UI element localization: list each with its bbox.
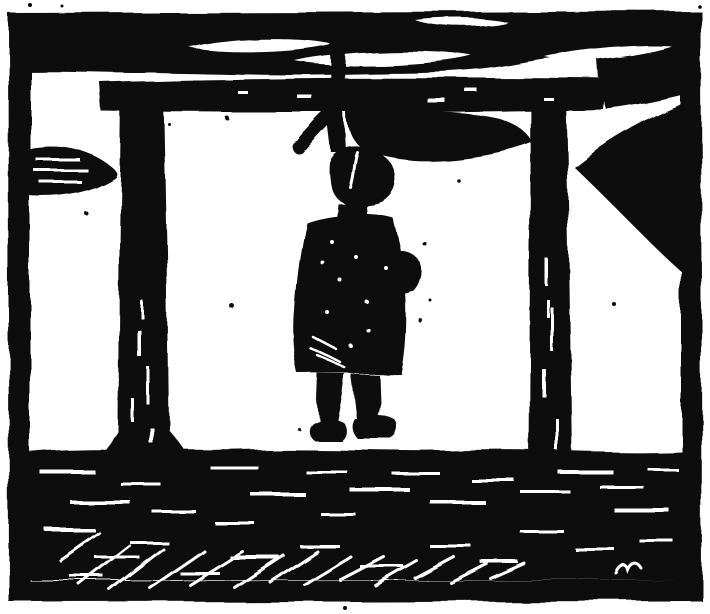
cloud-left bbox=[28, 146, 117, 196]
hanged-figure bbox=[293, 146, 420, 441]
rope-toggle-knob bbox=[292, 141, 304, 153]
gallows-post-right bbox=[529, 96, 575, 477]
ground bbox=[28, 449, 682, 590]
figure-foot-right bbox=[353, 414, 398, 439]
rope-above-beam bbox=[329, 14, 346, 81]
figure-arm bbox=[395, 251, 421, 293]
gallows-post-left bbox=[100, 96, 188, 462]
figure-foot-left bbox=[309, 419, 346, 441]
woodcut-canvas bbox=[0, 0, 710, 614]
woodcut-print bbox=[0, 0, 710, 614]
figure-coat bbox=[293, 214, 405, 374]
gallows-crossbeam bbox=[100, 78, 606, 113]
